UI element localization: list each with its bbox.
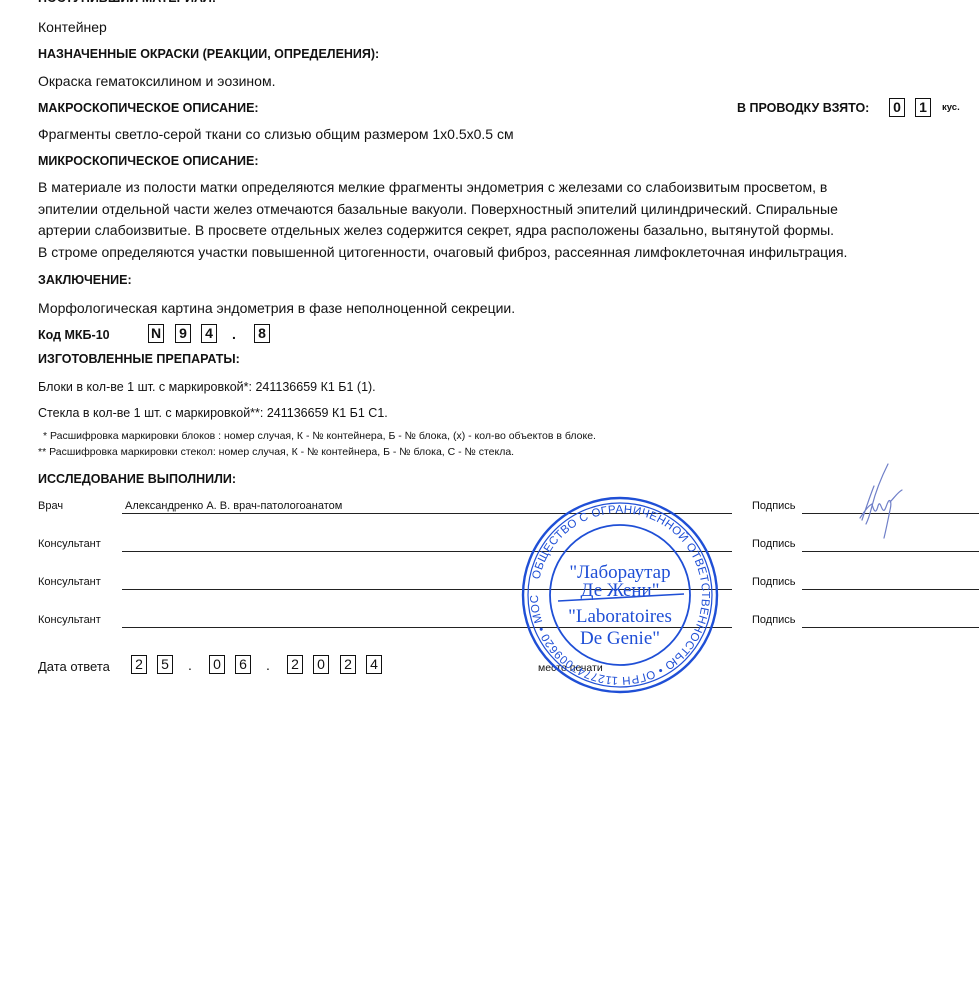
micro-line-4: В строме определяются участки повышенной… xyxy=(38,242,938,264)
date-month-1: 0 xyxy=(209,655,225,674)
material-heading: ПОСТУПИВШИЙ МАТЕРИАЛ: xyxy=(38,0,216,5)
role-consultant-2: Консультант xyxy=(38,576,101,588)
micro-description: В материале из полости матки определяютс… xyxy=(38,177,938,263)
svg-text:Де Жени": Де Жени" xyxy=(581,580,660,601)
taken-unit: кус. xyxy=(942,102,960,113)
consultant-1-sign-line xyxy=(802,551,979,552)
role-consultant-3: Консультант xyxy=(38,614,101,626)
doctor-sign-label: Подпись xyxy=(752,500,796,512)
icd-char-2: 9 xyxy=(175,324,191,343)
taken-digit-1: 0 xyxy=(889,98,905,117)
doctor-signature-icon xyxy=(850,462,910,542)
doctor-name: Александренко А. В. врач-патологоанатом xyxy=(125,500,342,512)
date-year-2: 0 xyxy=(313,655,329,674)
micro-line-1: В материале из полости матки определяютс… xyxy=(38,177,938,199)
date-sep-1: . xyxy=(188,657,192,673)
date-day-2: 5 xyxy=(157,655,173,674)
material-value: Контейнер xyxy=(38,19,107,35)
role-consultant-1: Консультант xyxy=(38,538,101,550)
micro-line-2: эпителии отдельной части желез отмечаютс… xyxy=(38,199,938,221)
footnote-blocks: * Расшифровка маркировки блоков : номер … xyxy=(43,430,596,442)
macro-heading: МАКРОСКОПИЧЕСКОЕ ОПИСАНИЕ: xyxy=(38,101,259,115)
date-year-3: 2 xyxy=(340,655,356,674)
date-year-1: 2 xyxy=(287,655,303,674)
micro-line-3: артерии слабоизвитые. В просвете отдельн… xyxy=(38,220,938,242)
consultant-1-sign-label: Подпись xyxy=(752,538,796,550)
icd-label: Код МКБ-10 xyxy=(38,328,110,342)
macro-value: Фрагменты светло-серой ткани со слизью о… xyxy=(38,126,514,142)
micro-heading: МИКРОСКОПИЧЕСКОЕ ОПИСАНИЕ: xyxy=(38,154,259,168)
consultant-3-sign-label: Подпись xyxy=(752,614,796,626)
taken-label: В ПРОВОДКУ ВЗЯТО: xyxy=(737,101,869,115)
preparations-slides: Стекла в кол-ве 1 шт. с маркировкой**: 2… xyxy=(38,406,388,420)
date-month-2: 6 xyxy=(235,655,251,674)
footnote-slides: ** Расшифровка маркировки стекол: номер … xyxy=(38,446,514,458)
conclusion-value: Морфологическая картина эндометрия в фаз… xyxy=(38,300,515,316)
company-seal-icon: ОБЩЕСТВО С ОГРАНИЧЕННОЙ ОТВЕТСТВЕННОСТЬЮ… xyxy=(520,490,720,700)
conclusion-heading: ЗАКЛЮЧЕНИЕ: xyxy=(38,273,132,287)
svg-text:"Laboratoires: "Laboratoires xyxy=(568,606,672,627)
stains-value: Окраска гематоксилином и эозином. xyxy=(38,73,275,89)
icd-char-1: N xyxy=(148,324,164,343)
date-label: Дата ответа xyxy=(38,659,110,674)
performed-heading: ИССЛЕДОВАНИЕ ВЫПОЛНИЛИ: xyxy=(38,472,236,486)
taken-digit-2: 1 xyxy=(915,98,931,117)
icd-char-3: 4 xyxy=(201,324,217,343)
preparations-heading: ИЗГОТОВЛЕННЫЕ ПРЕПАРАТЫ: xyxy=(38,352,240,366)
date-day-1: 2 xyxy=(131,655,147,674)
date-sep-2: . xyxy=(266,657,270,673)
stains-heading: НАЗНАЧЕННЫЕ ОКРАСКИ (РЕАКЦИИ, ОПРЕДЕЛЕНИ… xyxy=(38,47,379,61)
icd-dot: . xyxy=(232,326,236,342)
icd-char-4: 8 xyxy=(254,324,270,343)
consultant-3-sign-line xyxy=(802,627,979,628)
consultant-2-sign-label: Подпись xyxy=(752,576,796,588)
consultant-2-sign-line xyxy=(802,589,979,590)
svg-text:De Genie": De Genie" xyxy=(580,628,660,649)
role-doctor: Врач xyxy=(38,500,63,512)
date-year-4: 4 xyxy=(366,655,382,674)
preparations-blocks: Блоки в кол-ве 1 шт. с маркировкой*: 241… xyxy=(38,380,376,394)
